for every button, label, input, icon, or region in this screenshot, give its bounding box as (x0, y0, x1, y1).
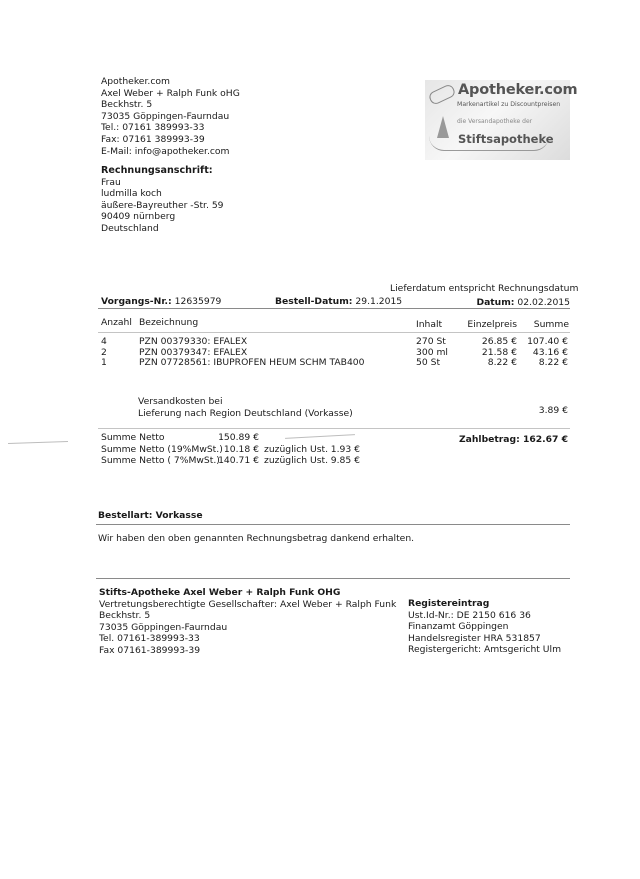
sender-address: Apotheker.com Axel Weber + Ralph Funk oH… (101, 76, 240, 157)
vorgang-nr: Vorgangs-Nr.: 12635979 (101, 296, 221, 308)
table-row: 1 PZN 07728561: IBUPROFEN HEUM SCHM TAB4… (0, 357, 640, 368)
register-heading: Registereintrag (408, 598, 561, 610)
ust7-value: 9.85 € (326, 455, 360, 467)
logo-subline: die Versandapotheke der (457, 118, 532, 125)
thanks-note: Wir haben den oben genannten Rechnungsbe… (98, 533, 414, 545)
footer-line: Beckhstr. 5 (99, 610, 396, 622)
sender-line: Axel Weber + Ralph Funk oHG (101, 88, 240, 100)
footer-company: Stifts-Apotheke Axel Weber + Ralph Funk … (99, 587, 396, 657)
register-line: Registergericht: Amtsgericht Ulm (408, 644, 561, 656)
bestell-label: Bestell-Datum: (275, 296, 352, 307)
sender-email: E-Mail: info@apotheker.com (101, 146, 240, 158)
footer-company-name: Stifts-Apotheke Axel Weber + Ralph Funk … (99, 587, 396, 599)
zahlbetrag: Zahlbetrag: 162.67 € (459, 434, 568, 446)
bestell-value: 29.1.2015 (355, 296, 402, 307)
netto-label: Summe Netto (101, 432, 164, 444)
sender-line: Fax: 07161 389993-39 (101, 134, 240, 146)
row-bezeichnung: PZN 07728561: IBUPROFEN HEUM SCHM TAB400 (139, 357, 365, 369)
sender-line: Apotheker.com (101, 76, 240, 88)
sender-line: Beckhstr. 5 (101, 99, 240, 111)
billing-line: 90409 nürnberg (101, 211, 224, 223)
ust7-label: zuzüglich Ust. (264, 455, 328, 467)
footer-line: Tel. 07161-389993-33 (99, 633, 396, 645)
col-einzelpreis: Einzelpreis (467, 319, 517, 331)
register-line: Ust.Id-Nr.: DE 2150 616 36 (408, 610, 561, 622)
shipping-line2: Lieferung nach Region Deutschland (Vorka… (138, 408, 353, 420)
netto7-value: 140.71 € (201, 455, 259, 467)
ust19-value: 1.93 € (326, 444, 360, 456)
bestellart: Bestellart: Vorkasse (98, 510, 203, 522)
footer-line: Fax 07161-389993-39 (99, 645, 396, 657)
footer-line: Vertretungsberechtigte Gesellschafter: A… (99, 599, 396, 611)
invoice-date: Datum: 02.02.2015 (476, 297, 570, 309)
row-einzelpreis: 8.22 € (488, 357, 517, 369)
col-bezeichnung: Bezeichnung (139, 317, 198, 329)
bestell-datum: Bestell-Datum: 29.1.2015 (275, 296, 402, 308)
footer-register: Registereintrag Ust.Id-Nr.: DE 2150 616 … (408, 598, 561, 656)
register-line: Handelsregister HRA 531857 (408, 633, 561, 645)
scan-artifact (8, 441, 68, 444)
shipping-amount: 3.89 € (539, 405, 568, 417)
scan-artifact (285, 434, 355, 439)
billing-heading: Rechnungsanschrift: (101, 165, 224, 177)
divider (96, 578, 570, 579)
datum-value: 02.02.2015 (517, 297, 570, 308)
vorgang-value: 12635979 (175, 296, 222, 307)
company-logo: Apotheker.com Markenartikel zu Discountp… (425, 80, 570, 160)
billing-line: Frau (101, 177, 224, 189)
billing-line: Deutschland (101, 223, 224, 235)
pill-icon (427, 83, 456, 106)
divider (98, 428, 570, 429)
row-summe: 8.22 € (539, 357, 568, 369)
vorgang-label: Vorgangs-Nr.: (101, 296, 172, 307)
divider (96, 524, 570, 525)
logo-title: Apotheker.com (458, 82, 577, 98)
logo-tagline: Markenartikel zu Discountpreisen (457, 101, 560, 108)
col-summe: Summe (534, 319, 569, 331)
table-row: 4 PZN 00379330: EFALEX 270 St 26.85 € 10… (0, 336, 640, 347)
billing-address: Rechnungsanschrift: Frau ludmilla koch ä… (101, 165, 224, 235)
line-items: 4 PZN 00379330: EFALEX 270 St 26.85 € 10… (0, 336, 640, 368)
row-anzahl: 1 (101, 357, 107, 369)
ust19-label: zuzüglich Ust. (264, 444, 328, 456)
sender-line: Tel.: 07161 389993-33 (101, 122, 240, 134)
col-anzahl: Anzahl (101, 317, 132, 329)
footer-line: 73035 Göppingen-Faurndau (99, 622, 396, 634)
divider (98, 308, 570, 309)
row-inhalt: 50 St (416, 357, 440, 369)
billing-line: äußere-Bayreuther -Str. 59 (101, 200, 224, 212)
netto-value: 150.89 € (201, 432, 259, 444)
church-icon (437, 116, 449, 138)
netto19-value: 10.18 € (201, 444, 259, 456)
delivery-note: Lieferdatum entspricht Rechnungsdatum (390, 283, 578, 295)
table-row: 2 PZN 00379347: EFALEX 300 ml 21.58 € 43… (0, 347, 640, 358)
billing-line: ludmilla koch (101, 188, 224, 200)
divider (98, 332, 570, 333)
sender-line: 73035 Göppingen-Faurndau (101, 111, 240, 123)
swoosh-decoration (429, 136, 549, 151)
datum-label: Datum: (476, 297, 514, 308)
col-inhalt: Inhalt (416, 319, 442, 331)
shipping-info: Versandkosten bei Lieferung nach Region … (138, 396, 353, 419)
register-line: Finanzamt Göppingen (408, 621, 561, 633)
shipping-line1: Versandkosten bei (138, 396, 353, 408)
